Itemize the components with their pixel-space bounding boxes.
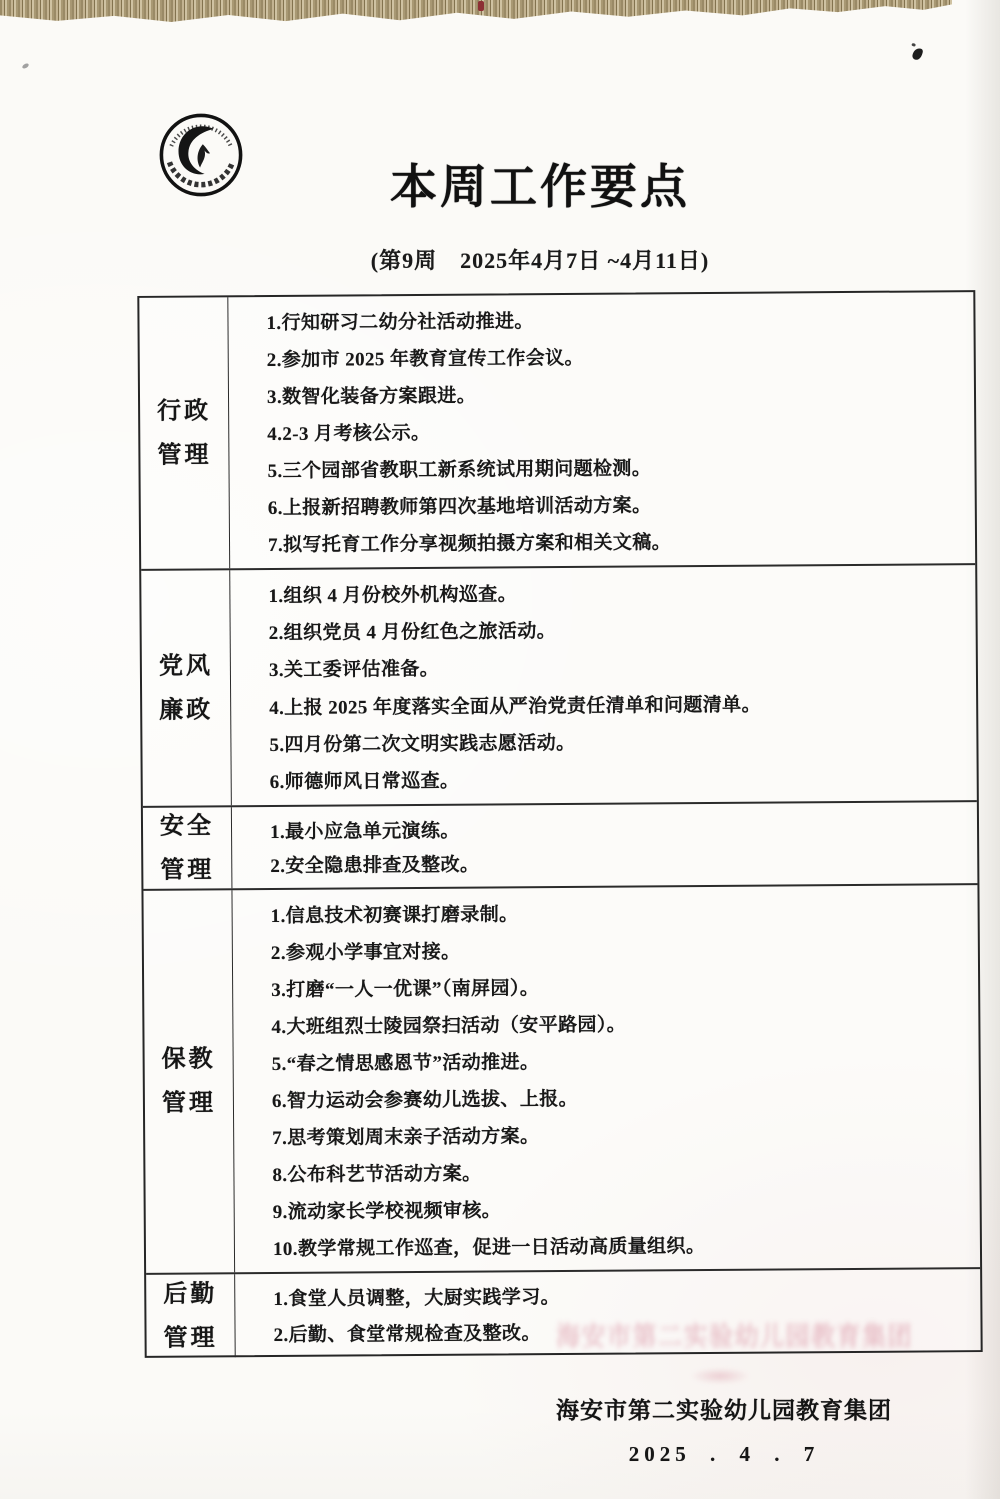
section-header: 安全管理 xyxy=(143,807,233,889)
section-items: 1.行知研习二幼分社活动推进。2.参加市 2025 年教育宣传工作会议。3.数智… xyxy=(228,292,975,568)
section-header-line: 后勤 xyxy=(163,1281,217,1307)
work-item: 3.数智化装备方案跟进。 xyxy=(267,377,966,409)
work-item: 4.2-3 月考核公示。 xyxy=(267,414,966,446)
section-items: 1.信息技术初赛课打磨录制。2.参观小学事宜对接。3.打磨“一人一优课”（南屏园… xyxy=(232,885,980,1272)
work-item: 1.组织 4 月份校外机构巡查。 xyxy=(268,576,967,608)
work-item: 5.“春之情思感恩节”活动推进。 xyxy=(272,1044,971,1076)
work-item: 1.最小应急单元演练。 xyxy=(270,812,969,844)
dust-speck xyxy=(21,63,29,70)
work-item: 1.信息技术初赛课打磨录制。 xyxy=(271,896,970,928)
ink-speck xyxy=(911,47,923,61)
section-header-line: 管理 xyxy=(162,1090,216,1116)
work-item: 4.大班组烈士陵园祭扫活动（安平路园）。 xyxy=(271,1007,970,1039)
work-item: 6.智力运动会参赛幼儿选拔、上报。 xyxy=(272,1081,971,1113)
work-item: 9.流动家长学校视频审核。 xyxy=(273,1192,972,1224)
work-item: 3.打磨“一人一优课”（南屏园）。 xyxy=(271,970,970,1002)
table-section-row: 保教管理1.信息技术初赛课打磨录制。2.参观小学事宜对接。3.打磨“一人一优课”… xyxy=(143,885,980,1275)
work-item: 10.教学常规工作巡查，促进一日活动高质量组织。 xyxy=(273,1229,972,1261)
section-header-line: 廉政 xyxy=(159,697,213,723)
work-item: 7.拟写托育工作分享视频拍摄方案和相关文稿。 xyxy=(268,525,967,557)
ink-transfer-ghost-text: 海安市第二实验幼儿园教育集团 xyxy=(556,1314,913,1353)
section-header-line: 党风 xyxy=(159,653,213,679)
work-item: 6.上报新招聘教师第四次基地培训活动方案。 xyxy=(268,488,967,520)
section-header: 党风廉政 xyxy=(141,570,232,806)
page-title: 本周工作要点 xyxy=(140,150,940,217)
fringe-red-speck xyxy=(478,1,484,11)
work-item: 3.关工委评估准备。 xyxy=(269,651,968,683)
footer-date: 2025 . 4 . 7 xyxy=(556,1442,892,1467)
work-item: 8.公布科艺节活动方案。 xyxy=(272,1155,971,1187)
section-header-line: 行政 xyxy=(157,398,211,424)
work-item: 2.组织党员 4 月份红色之旅活动。 xyxy=(269,613,968,645)
document-footer: 海安市第二实验幼儿园教育集团 2025 . 4 . 7 xyxy=(556,1392,892,1467)
scan-edge-fringe xyxy=(0,0,952,22)
section-header-line: 管理 xyxy=(163,1325,217,1351)
work-item: 6.师德师风日常巡查。 xyxy=(270,762,969,794)
work-item: 2.安全隐患排查及整改。 xyxy=(270,846,969,878)
section-header: 后勤管理 xyxy=(146,1274,236,1358)
work-item: 7.思考策划周末亲子活动方案。 xyxy=(272,1118,971,1150)
section-items: 1.最小应急单元演练。2.安全隐患排查及整改。 xyxy=(232,802,978,888)
work-item: 5.三个园部省教职工新系统试用期问题检测。 xyxy=(267,451,966,483)
section-header-line: 保教 xyxy=(162,1046,216,1072)
section-header: 保教管理 xyxy=(143,890,235,1273)
table-section-row: 安全管理1.最小应急单元演练。2.安全隐患排查及整改。 xyxy=(143,802,978,891)
work-item: 4.上报 2025 年度落实全面从严治党责任清单和问题清单。 xyxy=(269,688,968,720)
section-items: 1.组织 4 月份校外机构巡查。2.组织党员 4 月份红色之旅活动。3.关工委评… xyxy=(230,565,977,805)
scanned-document-page: { "page": { "title": "本周工作要点", "subtitle… xyxy=(0,0,1000,1499)
table-section-row: 党风廉政1.组织 4 月份校外机构巡查。2.组织党员 4 月份红色之旅活动。3.… xyxy=(141,565,977,808)
work-table: 行政管理1.行知研习二幼分社活动推进。2.参加市 2025 年教育宣传工作会议。… xyxy=(137,290,982,1358)
table-section-row: 行政管理1.行知研习二幼分社活动推进。2.参加市 2025 年教育宣传工作会议。… xyxy=(139,292,975,571)
page-subtitle: (第9周 2025年4月7日 ~4月11日) xyxy=(140,244,940,275)
section-header-line: 管理 xyxy=(160,857,214,883)
work-item: 1.食堂人员调整，大厨实践学习。 xyxy=(273,1279,972,1311)
ink-transfer-smudge xyxy=(690,1368,750,1384)
work-item: 1.行知研习二幼分社活动推进。 xyxy=(266,303,965,335)
work-item: 2.参加市 2025 年教育宣传工作会议。 xyxy=(267,340,966,372)
footer-organization: 海安市第二实验幼儿园教育集团 xyxy=(556,1392,892,1425)
section-header: 行政管理 xyxy=(139,297,230,569)
work-item: 5.四月份第二次文明实践志愿活动。 xyxy=(269,725,968,757)
work-item: 2.参观小学事宜对接。 xyxy=(271,933,970,965)
document-header: 本周工作要点 (第9周 2025年4月7日 ~4月11日) xyxy=(140,150,940,275)
section-header-line: 安全 xyxy=(160,813,214,839)
section-header-line: 管理 xyxy=(157,442,211,468)
